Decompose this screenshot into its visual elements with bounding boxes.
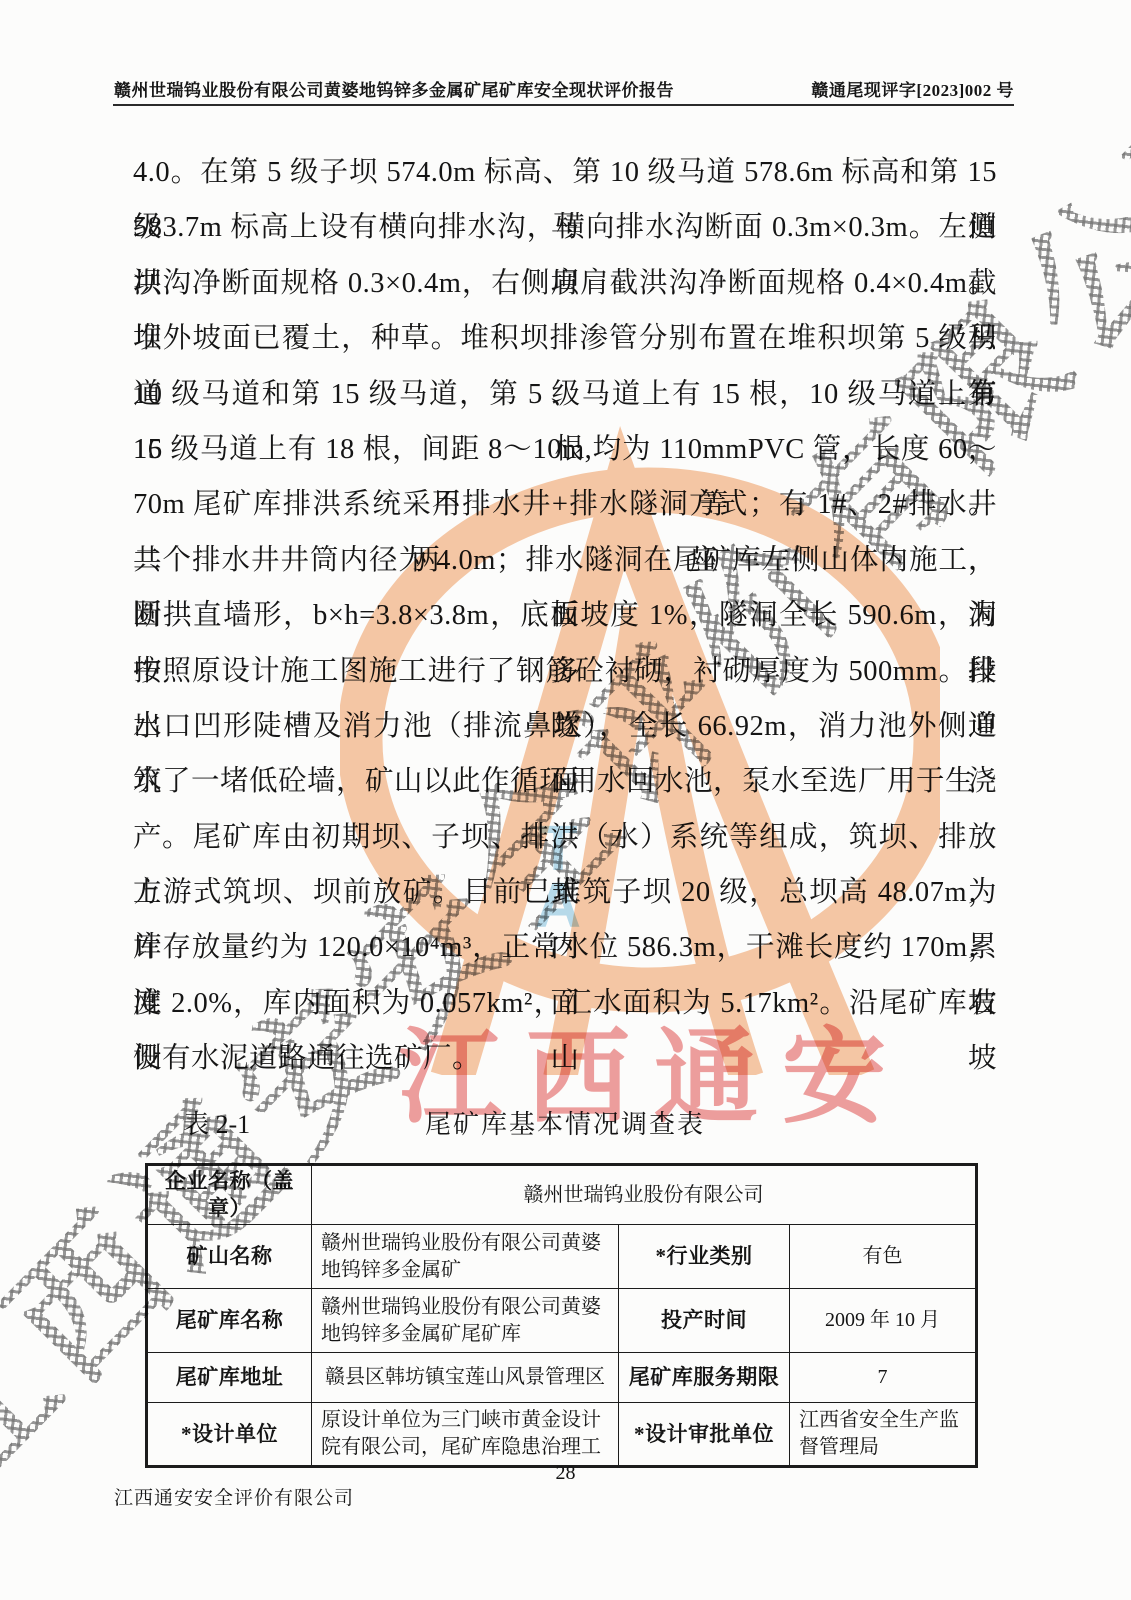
row-value: 赣州世瑞钨业股份有限公司黄婆地钨锌多金属矿 (312, 1225, 619, 1289)
row-value-2: 江西省安全生产监督管理局 (790, 1403, 977, 1467)
body-line: 尾矿库由初期坝、子坝、排洪（水）系统等组成，筑坝、排放方式为 (133, 810, 997, 865)
tailings-survey-table: 企业名称（盖章） 赣州世瑞钨业股份有限公司 矿山名称 赣州世瑞钨业股份有限公司黄… (145, 1163, 978, 1468)
table-row: 尾矿库地址 赣县区韩坊镇宝莲山风景管理区 尾矿库服务期限 7 (147, 1353, 977, 1403)
table-caption-title: 尾矿库基本情况调查表 (133, 1104, 997, 1146)
body-line: 583.7m 标高上设有横向排水沟，横向排水沟断面 0.3m×0.3m。左侧坝肩… (133, 200, 997, 255)
row-value: 赣州世瑞钨业股份有限公司 (312, 1165, 977, 1225)
body-line: 10 级马道和第 15 级马道，第 5 级马道上有 15 根，10 级马道上有 … (133, 367, 997, 422)
body-line: 计存放量约为 120.0×10⁴m³，正常水位 586.3m，干滩长度约 170… (133, 920, 997, 975)
body-line: 按照原设计施工图施工进行了钢筋砼衬砌，衬砌厚度为 500mm。排水隧道 (133, 644, 997, 699)
survey-table-container: 企业名称（盖章） 赣州世瑞钨业股份有限公司 矿山名称 赣州世瑞钨业股份有限公司黄… (145, 1163, 978, 1468)
row-value-2: 2009 年 10 月 (790, 1289, 977, 1353)
body-line: 筑了一堵低砼墙，矿山以此作循环用水回水池，泵水至选厂用于生产。 (133, 754, 997, 809)
row-value: 赣州世瑞钨业股份有限公司黄婆地钨锌多金属矿尾矿库 (312, 1289, 619, 1353)
header-divider (113, 104, 1014, 106)
row-label: 尾矿库名称 (147, 1289, 312, 1353)
body-line: 二个排水井井筒内径为 4.0m；排水隧洞在尾矿库左侧山体内施工，断面为 (133, 533, 997, 588)
row-label-2: *设计审批单位 (619, 1403, 790, 1467)
row-value-2: 有色 (790, 1225, 977, 1289)
body-line: 15 级马道上有 18 根，间距 8～10m,均为 110mmPVC 管，长度 … (133, 422, 997, 477)
report-body: 4.0。在第 5 级子坝 574.0m 标高、第 10 级马道 578.6m 标… (133, 145, 997, 1087)
row-label: 尾矿库地址 (147, 1353, 312, 1403)
table-row: *设计单位 原设计单位为三门峡市黄金设计院有限公司，尾矿库隐患治理工 *设计审批… (147, 1403, 977, 1467)
body-line: 出口凹形陡槽及消力池（排流鼻坎），全长 66.92m，消力池外侧迎水面浇 (133, 699, 997, 754)
page-number: 28 (0, 1462, 1131, 1485)
body-line: 洪沟净断面规格 0.3×0.4m，右侧坝肩截洪沟净断面规格 0.4×0.4m。堆… (133, 256, 997, 311)
table-caption-label: 表 2-1 (183, 1104, 250, 1146)
table-row: 尾矿库名称 赣州世瑞钨业股份有限公司黄婆地钨锌多金属矿尾矿库 投产时间 2009… (147, 1289, 977, 1353)
report-page: 赣州世瑞钨业股份有限公司黄婆地钨锌多金属矿尾矿库安全现状评价报告 赣通尾现评字[… (0, 0, 1131, 1600)
body-line: 尾矿库排洪系统采用排水井+排水隧洞方式；有 1#、2#排水井共两座， (133, 477, 997, 532)
footer-company-name: 江西通安安全评价有限公司 (114, 1483, 354, 1510)
table-row: 企业名称（盖章） 赣州世瑞钨业股份有限公司 (147, 1165, 977, 1225)
header-report-title: 赣州世瑞钨业股份有限公司黄婆地钨锌多金属矿尾矿库安全现状评价报告 (114, 76, 674, 101)
body-line: 4.0。在第 5 级子坝 574.0m 标高、第 10 级马道 578.6m 标… (133, 145, 997, 200)
row-label-2: 投产时间 (619, 1289, 790, 1353)
row-label-2: *行业类别 (619, 1225, 790, 1289)
body-line: 上游式筑坝、坝前放矿。目前已堆筑子坝 20 级，总坝高 48.07m，库内累 (133, 865, 997, 920)
table-row: 矿山名称 赣州世瑞钨业股份有限公司黄婆地钨锌多金属矿 *行业类别 有色 (147, 1225, 977, 1289)
row-label-2: 尾矿库服务期限 (619, 1353, 790, 1403)
row-label: *设计单位 (147, 1403, 312, 1467)
page-header: 赣州世瑞钨业股份有限公司黄婆地钨锌多金属矿尾矿库安全现状评价报告 赣通尾现评字[… (114, 76, 1014, 101)
header-document-number: 赣通尾现评字[2023]002 号 (811, 76, 1014, 101)
body-line: 度 2.0%，库内面积为 0.057km²，汇水面积为 5.17km²。沿尾矿库… (133, 976, 997, 1031)
table-caption: 表 2-1 尾矿库基本情况调查表 (133, 1104, 997, 1146)
row-value: 原设计单位为三门峡市黄金设计院有限公司，尾矿库隐患治理工 (312, 1403, 619, 1467)
row-value: 赣县区韩坊镇宝莲山风景管理区 (312, 1353, 619, 1403)
body-line: 圆拱直墙形，b×h=3.8×3.8m，底板坡度 1%，隧洞全长 590.6m，洞… (133, 588, 997, 643)
row-label: 矿山名称 (147, 1225, 312, 1289)
body-line: 坝外坡面已覆土，种草。堆积坝排渗管分别布置在堆积坝第 5 级马道、第 (133, 311, 997, 366)
row-label: 企业名称（盖章） (147, 1165, 312, 1225)
row-value-2: 7 (790, 1353, 977, 1403)
